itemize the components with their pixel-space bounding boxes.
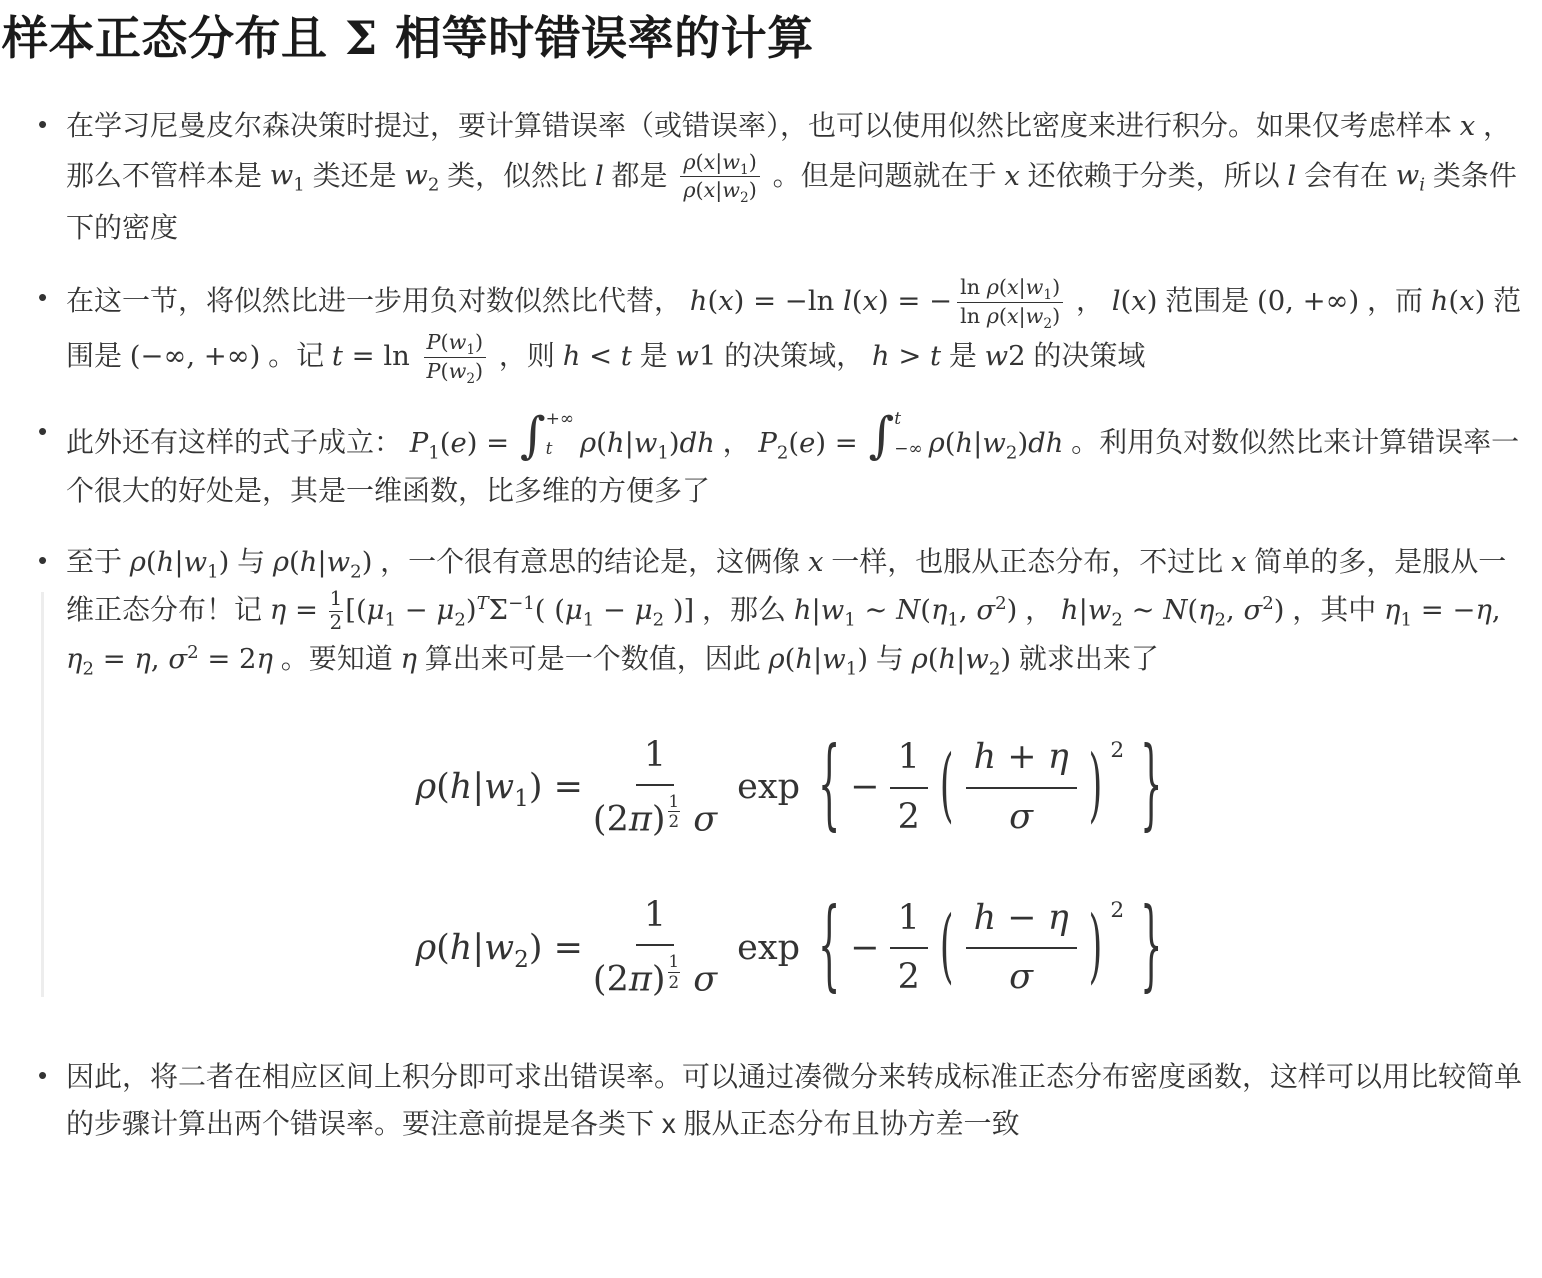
right-paren: ): [1089, 720, 1103, 855]
math-run: wi: [1396, 160, 1425, 191]
sigma-symbol: Σ: [341, 11, 382, 65]
text-run: 至于: [66, 546, 130, 577]
inline-fraction: ρ(x|w1)ρ(x|w2): [680, 150, 759, 205]
math-run: h > t: [872, 341, 941, 372]
bullet-negative-log-likelihood: 在这一节，将似然比进一步用负对数似然比代替， h(x) = −ln l(x) =…: [66, 275, 1522, 385]
integral-expression: ∫t−∞: [868, 409, 926, 462]
math-run: h|w2 ∼ N(η2, σ2): [1061, 595, 1285, 626]
fraction-denominator: (2π)12 σ: [593, 786, 717, 843]
inner-fraction: h + ησ: [966, 735, 1077, 840]
fraction-numerator: 1: [890, 735, 928, 789]
title-text-post: 相等时错误率的计算: [382, 12, 814, 64]
text-run: 类，似然比: [439, 159, 595, 190]
minus-sign: −: [850, 758, 879, 817]
integral-limits: +∞t: [546, 409, 574, 462]
math-run: ρ(h|w1): [130, 547, 230, 578]
math-run: ρ(h|w1): [769, 644, 869, 675]
math-run: x: [1004, 160, 1019, 191]
text-run: 类还是: [305, 159, 405, 190]
integral-lower-limit: t: [546, 435, 553, 464]
left-guide-line: [41, 592, 44, 997]
inline-fraction: ln ρ(x|w1)ln ρ(x|w2): [957, 275, 1063, 330]
half-fraction: 12: [890, 896, 928, 1001]
text-run: ，而: [1359, 285, 1431, 316]
left-brace: {: [818, 705, 840, 870]
text-run: ，则: [491, 340, 563, 371]
coefficient-fraction: 1(2π)12 σ: [593, 733, 717, 843]
fraction-numerator: P(w1): [424, 330, 487, 358]
math-run: x: [808, 547, 823, 578]
text-run: ，: [715, 427, 759, 458]
math-run: (−∞, +∞): [130, 341, 261, 372]
title-text-pre: 样本正态分布且: [2, 12, 341, 64]
coefficient-fraction: 1(2π)12 σ: [593, 893, 717, 1003]
right-paren: ): [1089, 880, 1103, 1015]
text-run: 此外还有这样的式子成立：: [66, 427, 410, 458]
fraction-numerator: 1: [890, 896, 928, 950]
square-exponent: 2: [1110, 893, 1124, 929]
left-paren: (: [940, 720, 954, 855]
text-run: 就求出来了: [1011, 643, 1159, 674]
math-run: t = ln: [332, 341, 419, 372]
text-run: 都是: [604, 159, 676, 190]
inner-fraction: h − ησ: [966, 896, 1077, 1001]
text-run: ，: [1017, 594, 1061, 625]
minus-sign: −: [850, 919, 879, 978]
text-run: 在这一节，将似然比进一步用负对数似然比代替，: [66, 285, 690, 316]
text-run: 的决策域: [1026, 340, 1146, 371]
left-brace: {: [818, 866, 840, 1031]
text-run: 还依赖于分类，所以: [1020, 159, 1288, 190]
math-run: h|w1 ∼ N(η1, σ2): [794, 595, 1018, 626]
text-run: 。但是问题就在于: [765, 159, 1005, 190]
fraction-numerator: h − η: [966, 896, 1077, 950]
bullet-likelihood-ratio-intro: 在学习尼曼皮尔森决策时提过，要计算错误率（或错误率），也可以使用似然比密度来进行…: [66, 102, 1522, 252]
math-run: η: [401, 644, 417, 675]
inline-fraction: P(w1)P(w2): [424, 330, 487, 385]
right-brace: }: [1140, 705, 1162, 870]
text-run: 在学习尼曼皮尔森决策时提过，要计算错误率（或错误率），也可以使用似然比密度来进行…: [66, 110, 1460, 141]
integral-sign: ∫: [868, 411, 894, 460]
fraction-denominator: σ: [1009, 949, 1033, 1001]
math-run: h(x) = −ln l(x) = −: [690, 286, 952, 317]
integral-lower-limit: −∞: [894, 435, 922, 464]
math-run: l: [595, 160, 604, 191]
math-run: η = 12[(μ1 − μ2)TΣ−1( (μ1 − μ2 )]: [270, 595, 694, 626]
page-title: 样本正态分布且 Σ 相等时错误率的计算: [2, 10, 1528, 68]
math-run: l(x): [1112, 286, 1158, 317]
text-run: 范围是: [1157, 285, 1257, 316]
math-run: l: [1287, 160, 1296, 191]
integral-upper-limit: t: [894, 405, 901, 434]
text-run: 与: [229, 546, 273, 577]
text-run: ，: [1068, 285, 1112, 316]
math-run: x: [1460, 111, 1475, 142]
display-formula-rho-h-w1: ρ(h|w1) =1(2π)12 σexp{−12(h + ησ)2}: [66, 733, 1522, 843]
integral-sign: ∫: [520, 411, 546, 460]
math-run: h(x): [1431, 286, 1486, 317]
text-run: 的决策域，: [716, 340, 872, 371]
math-run: (0, +∞): [1257, 286, 1359, 317]
math-run: h < t: [563, 341, 632, 372]
fraction-numerator: h + η: [966, 735, 1077, 789]
fraction-denominator: ln ρ(x|w2): [960, 303, 1060, 330]
math-run: w2: [985, 341, 1026, 372]
text-run: 。记: [260, 340, 332, 371]
text-run: 与: [868, 643, 912, 674]
text-run: 一样，也服从正态分布，不过比: [823, 546, 1231, 577]
fraction-numerator: ln ρ(x|w1): [957, 275, 1063, 303]
bullet-error-rate-integrals: 此外还有这样的式子成立： P1(e) = ∫+∞tρ(h|w1)dh ， P2(…: [66, 409, 1522, 514]
math-run: w2: [404, 160, 439, 191]
fraction-denominator: 2: [898, 789, 920, 841]
math-run: P1(e) =: [410, 428, 518, 459]
math-run: ρ(h|w1)dh: [580, 428, 715, 459]
half-fraction: 12: [890, 735, 928, 840]
integral-expression: ∫+∞t: [520, 409, 578, 462]
right-brace: }: [1140, 866, 1162, 1031]
integral-limits: t−∞: [894, 409, 922, 462]
exp-operator: exp: [737, 758, 800, 817]
integral-upper-limit: +∞: [546, 405, 574, 434]
bullet-list: 在学习尼曼皮尔森决策时提过，要计算错误率（或错误率），也可以使用似然比密度来进行…: [2, 102, 1528, 1148]
fraction-denominator: ρ(x|w2): [683, 177, 756, 204]
text-run: 因此，将二者在相应区间上积分即可求出错误率。可以通过凑微分来转成标准正态分布密度…: [66, 1061, 1522, 1139]
formula-lhs: ρ(h|w1) =: [416, 758, 583, 817]
fraction-denominator: σ: [1009, 789, 1033, 841]
text-run: 。要知道: [273, 643, 401, 674]
formula-lhs: ρ(h|w2) =: [416, 919, 583, 978]
text-run: 是: [632, 340, 676, 371]
square-exponent: 2: [1110, 733, 1124, 769]
fraction-numerator: 1: [636, 893, 674, 947]
math-run: w1: [675, 341, 716, 372]
text-run: 是: [941, 340, 985, 371]
math-run: ρ(h|w2): [273, 547, 373, 578]
math-run: ρ(h|w2)dh: [929, 428, 1064, 459]
exp-operator: exp: [737, 919, 800, 978]
bullet-h-distribution: 至于 ρ(h|w1) 与 ρ(h|w2) ，一个很有意思的结论是，这俩像 x 一…: [66, 538, 1522, 1003]
text-run: 算出来可是一个数值，因此: [417, 643, 769, 674]
fraction-denominator: 2: [898, 949, 920, 1001]
display-formula-rho-h-w2: ρ(h|w2) =1(2π)12 σexp{−12(h − ησ)2}: [66, 893, 1522, 1003]
text-run: 会有在: [1296, 159, 1396, 190]
math-run: P2(e) =: [758, 428, 866, 459]
left-paren: (: [940, 880, 954, 1015]
fraction-numerator: ρ(x|w1): [680, 150, 759, 178]
math-run: x: [1231, 547, 1246, 578]
fraction-denominator: (2π)12 σ: [593, 946, 717, 1003]
fraction-denominator: P(w2): [427, 358, 484, 385]
text-run: ，一个很有意思的结论是，这俩像: [372, 546, 808, 577]
math-run: ρ(h|w2): [912, 644, 1012, 675]
fraction-numerator: 1: [636, 733, 674, 787]
document-page: 样本正态分布且 Σ 相等时错误率的计算 在学习尼曼皮尔森决策时提过，要计算错误率…: [0, 0, 1542, 1147]
text-run: ，其中: [1284, 594, 1384, 625]
math-run: w1: [270, 160, 305, 191]
bullet-conclusion: 因此，将二者在相应区间上积分即可求出错误率。可以通过凑微分来转成标准正态分布密度…: [66, 1053, 1522, 1147]
text-run: ，那么: [694, 594, 794, 625]
